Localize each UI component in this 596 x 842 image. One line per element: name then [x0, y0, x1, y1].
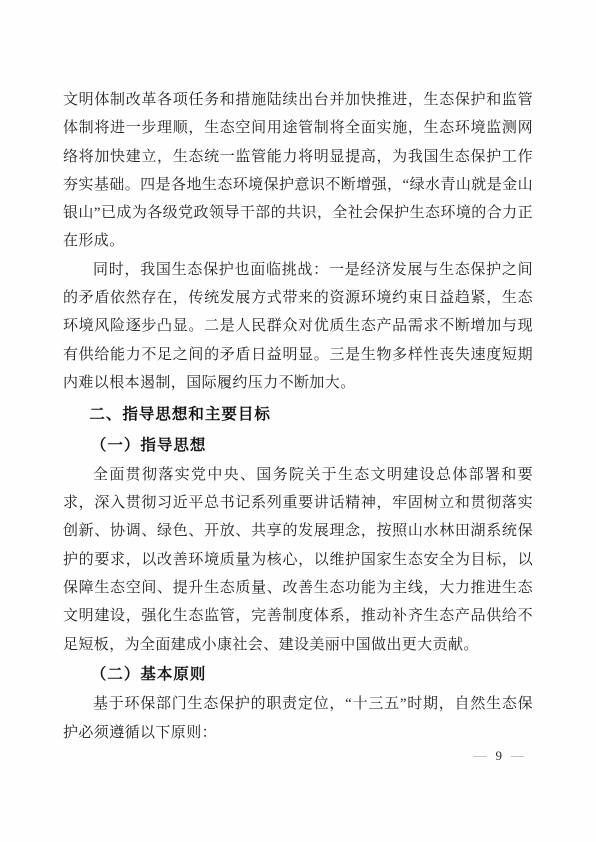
page-number-left-dash: —	[474, 750, 487, 763]
body-paragraph: 文明体制改革各项任务和措施陆续出台并加快推进，生态保护和监管体制将进一步理顺，生…	[63, 86, 533, 256]
body-paragraph: 全面贯彻落实党中央、国务院关于生态文明建设总体部署和要求，深入贯彻习近平总书记系…	[63, 461, 533, 659]
subsection-heading: （一）指导思想	[63, 432, 533, 460]
body-paragraph: 基于环保部门生态保护的职责定位，“十三五”时期，自然生态保护必须遵循以下原则：	[63, 690, 533, 747]
subsection-heading: （二）基本原则	[63, 661, 533, 689]
section-heading: 二、指导思想和主要目标	[63, 401, 533, 429]
page-number-value: 9	[487, 748, 512, 764]
page-number-right-dash: —	[511, 750, 524, 763]
body-paragraph: 同时，我国生态保护也面临挑战：一是经济发展与生态保护之间的矛盾依然存在，传统发展…	[63, 256, 533, 397]
page-number: — 9 —	[474, 748, 525, 764]
document-content: 文明体制改革各项任务和措施陆续出台并加快推进，生态保护和监管体制将进一步理顺，生…	[63, 86, 533, 747]
document-page: 文明体制改革各项任务和措施陆续出台并加快推进，生态保护和监管体制将进一步理顺，生…	[0, 0, 596, 842]
